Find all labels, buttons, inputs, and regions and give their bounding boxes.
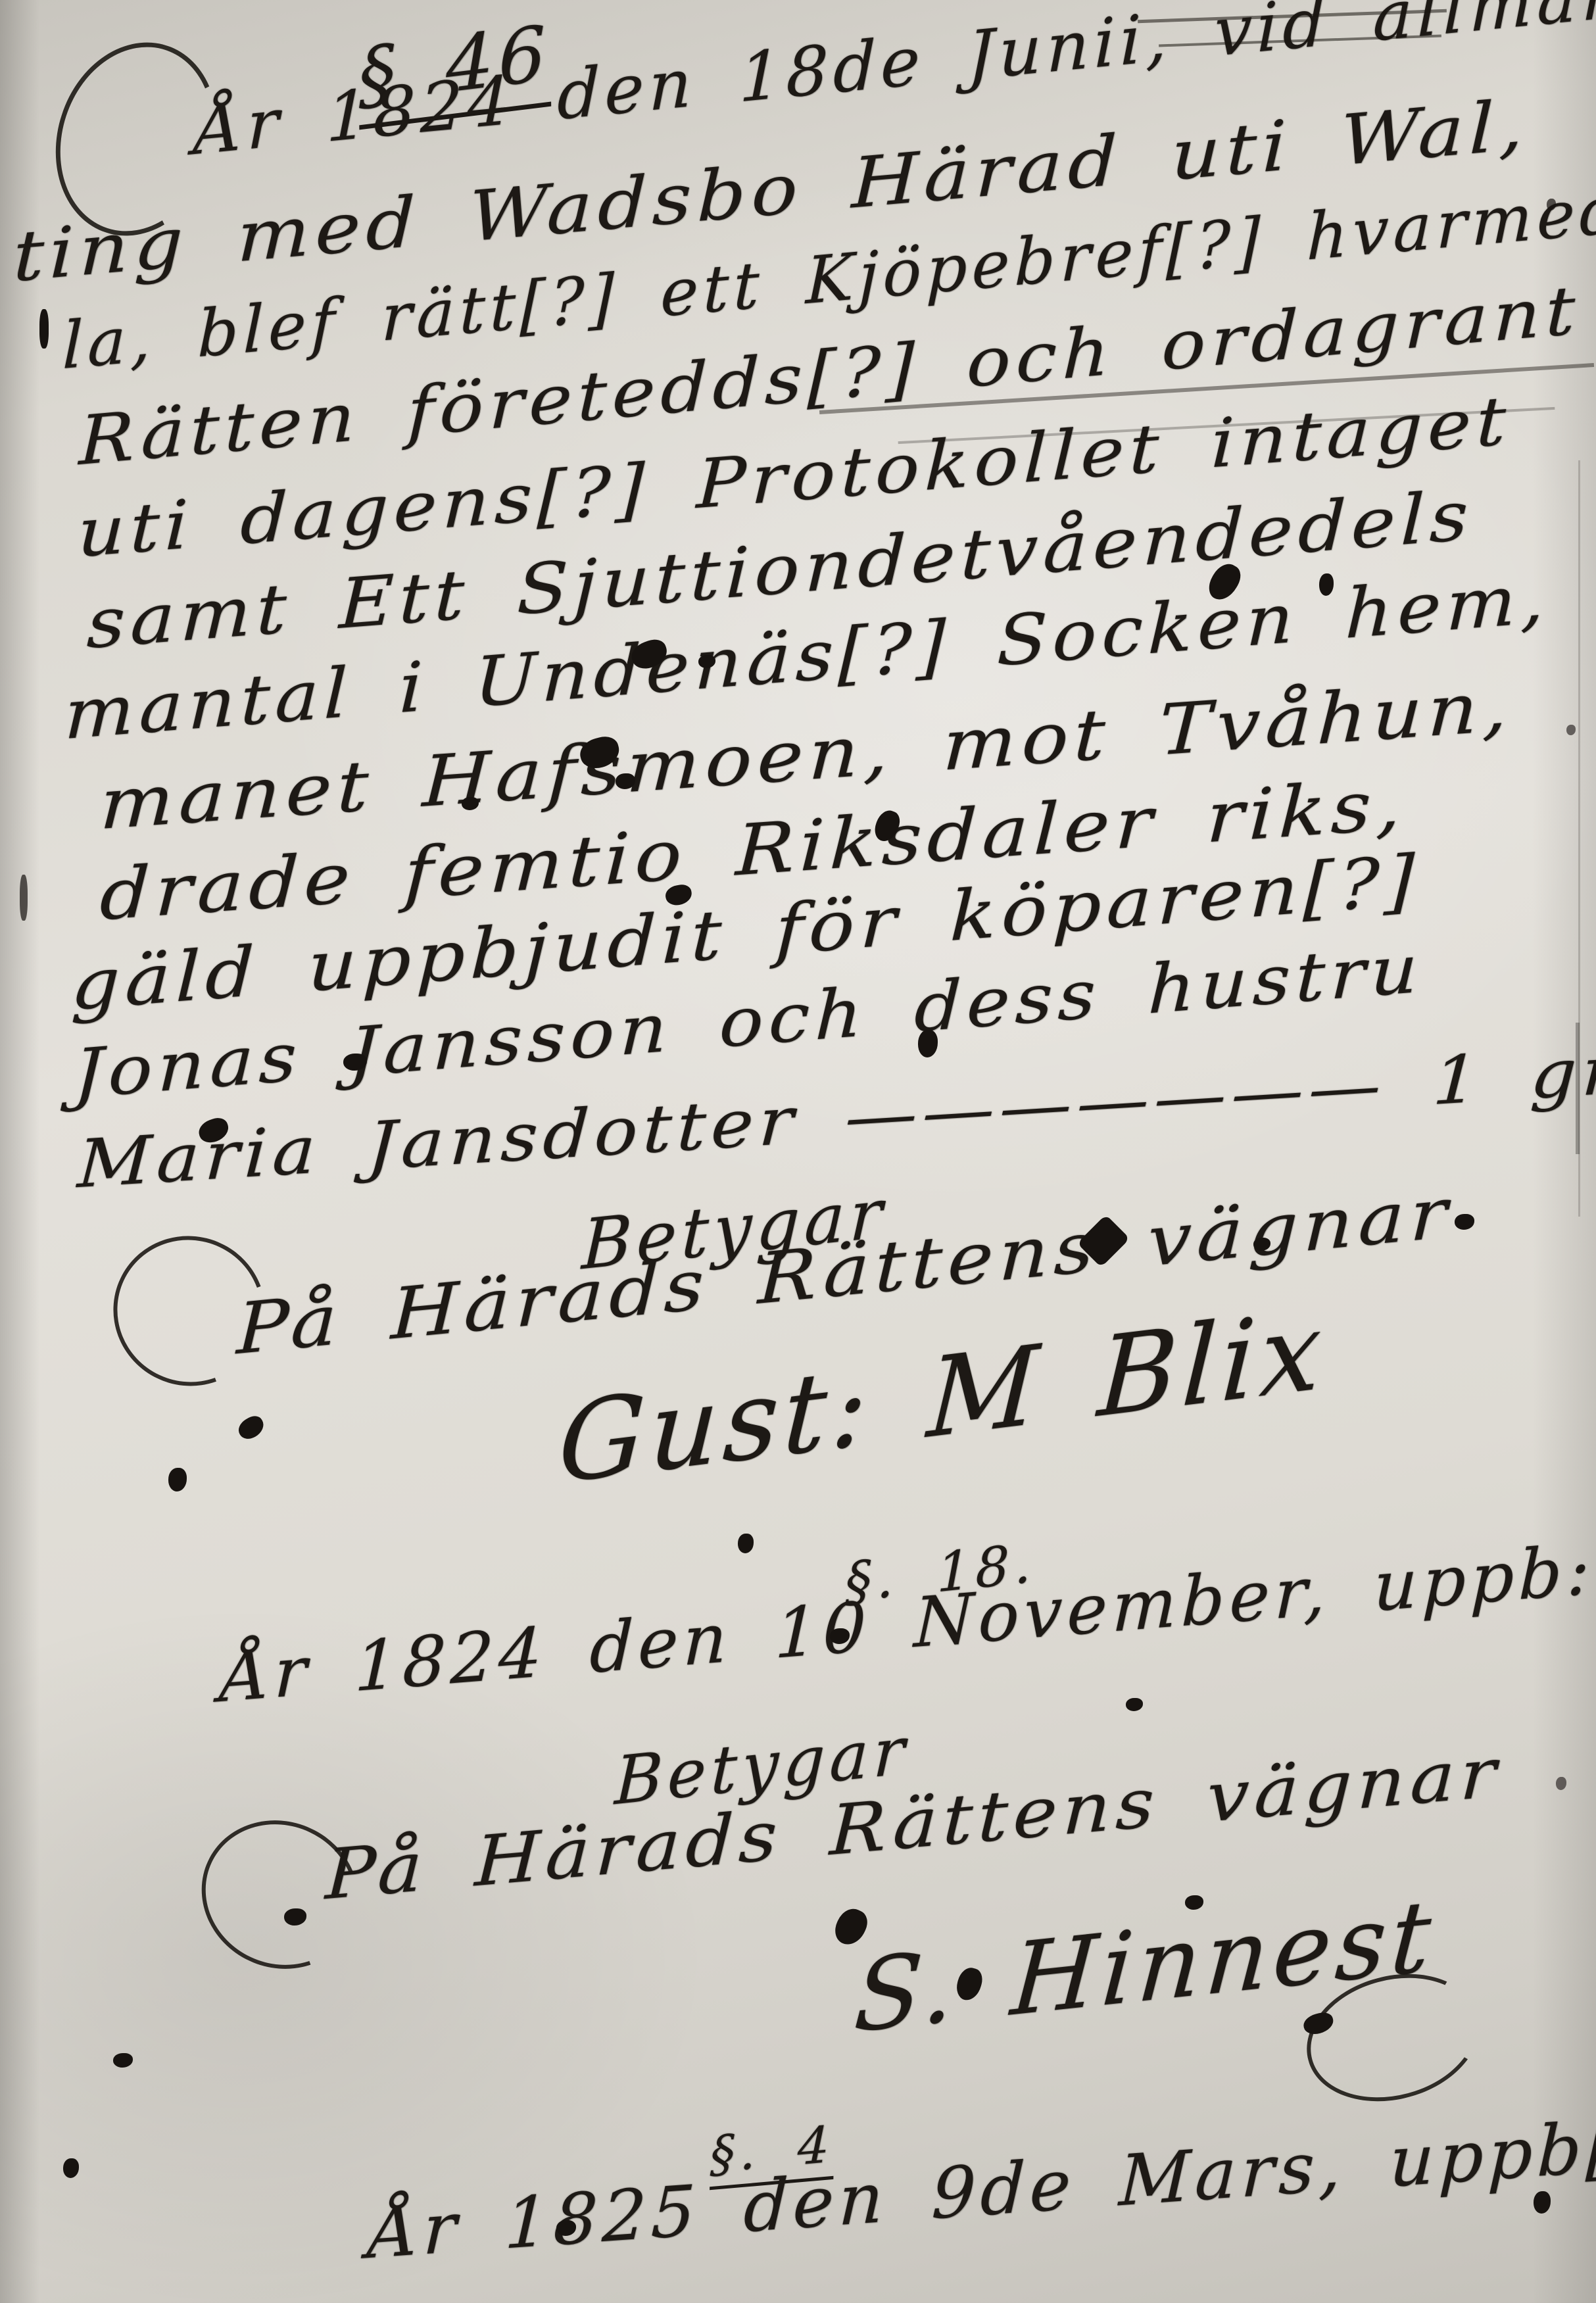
court-signature-line: På Härads Rättens vägnar	[324, 1732, 1503, 1915]
ink-blot	[168, 1468, 187, 1491]
manuscript-line: År 1825 den 9de Mars, uppb[...]	[367, 2098, 1596, 2274]
ink-blot	[63, 2158, 79, 2178]
ink-blot	[39, 309, 49, 349]
ink-blot	[738, 1534, 754, 1553]
ink-blot	[113, 2053, 133, 2068]
manuscript-page: § 46 År 1824 den 18de Junii, vid allmänt…	[0, 0, 1596, 2303]
ink-blot	[1455, 1214, 1474, 1230]
ink-blot	[1534, 2191, 1551, 2214]
ink-blot	[20, 875, 28, 921]
ink-blot	[235, 1413, 268, 1443]
ink-blot	[1126, 1698, 1143, 1711]
fold-crease	[1576, 1023, 1580, 1154]
ink-blot	[1566, 725, 1576, 735]
manuscript-line: År 1824 den 10 November, uppb:t —— 2 gn	[219, 1493, 1596, 1718]
ink-blot	[1556, 1777, 1566, 1790]
ink-blot	[918, 1030, 938, 1057]
